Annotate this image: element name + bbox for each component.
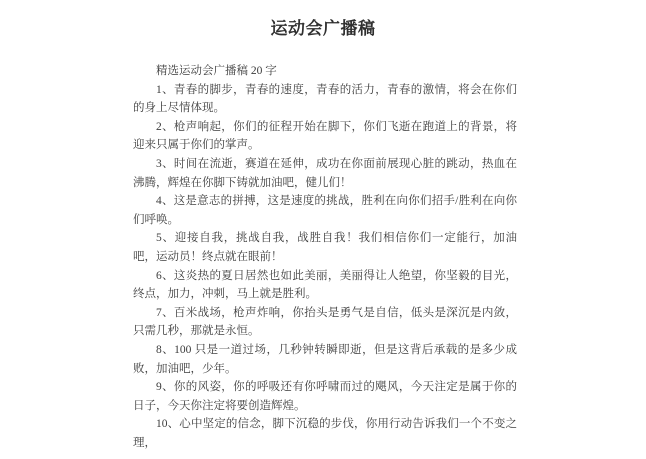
broadcast-item-9: 9、你的风姿，你的呼吸还有你呼啸而过的飓风，今天注定是属于你的日子，今天你注定将… [133,378,517,415]
document-body: 精选运动会广播稿 20 字 1、青春的脚步，青春的速度，青春的活力，青春的激情，… [133,62,517,452]
broadcast-item-4: 4、这是意志的拼搏，这是速度的挑战，胜利在向你们招手/胜利在向你们呼唤。 [133,192,517,229]
broadcast-item-8: 8、100 只是一道过场，几秒钟转瞬即逝，但是这背后承载的是多少成败，加油吧，少… [133,341,517,378]
broadcast-item-7: 7、百米战场，枪声炸响，你抬头是勇气是自信，低头是深沉是内敛，只需几秒，那就是永… [133,304,517,341]
document-subtitle: 精选运动会广播稿 20 字 [133,62,517,81]
broadcast-item-2: 2、枪声响起，你们的征程开始在脚下，你们飞逝在跑道上的背景，将迎来只属于你们的掌… [133,118,517,155]
broadcast-item-10: 10、心中坚定的信念，脚下沉稳的步伐，你用行动告诉我们一个不变之理， [133,415,517,452]
broadcast-item-1: 1、青春的脚步，青春的速度，青春的活力，青春的激情，将会在你们的身上尽情体现。 [133,81,517,118]
document-title: 运动会广播稿 [0,0,646,39]
document-page: 运动会广播稿 精选运动会广播稿 20 字 1、青春的脚步，青春的速度，青春的活力… [0,0,646,459]
broadcast-item-6: 6、这炎热的夏日居然也如此美丽，美丽得让人绝望，你坚毅的目光，终点，加力，冲刺，… [133,267,517,304]
broadcast-item-3: 3、时间在流逝，赛道在延伸，成功在你面前展现心脏的跳动，热血在沸腾，辉煌在你脚下… [133,155,517,192]
broadcast-item-5: 5、迎接自我，挑战自我，战胜自我！我们相信你们一定能行，加油吧，运动员！终点就在… [133,229,517,266]
